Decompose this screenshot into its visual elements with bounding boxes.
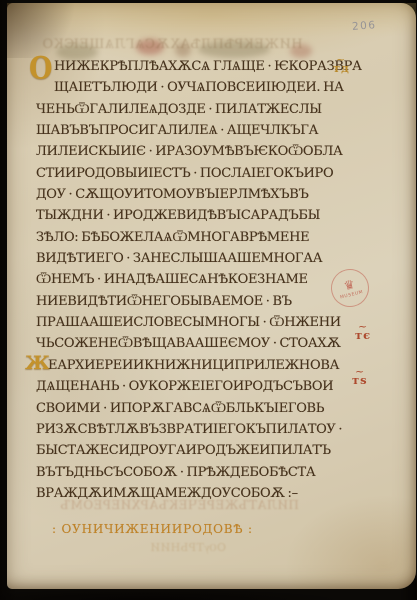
text-line: ЩАІЕТЪЛЮДИ · ОУЧѦПОВСЕИІЮДЕИ. НА <box>36 77 336 98</box>
titlo-mark: ~ <box>336 53 346 66</box>
margin-section-numeral: ~тд <box>333 61 350 75</box>
crown-icon: ♛ <box>342 277 355 291</box>
text-line: РИЗѪСВѢТЛѪВЪЗВРАТИІЕГОКЪПИЛАТОУ · <box>36 419 336 440</box>
text-line: ВРАЖДѪИМѪЩАМЕЖДОУСОБОѪ :– <box>36 483 336 504</box>
text-line: ДОУ · СѪЩОУИТОМОУВЪІЕРЛМѢХЪВЪ <box>36 184 336 205</box>
titlo-mark: ~ <box>358 320 368 333</box>
text-line: НИЖЕКРѢПЛѢАХѪСѦ ГЛѦЩЕ · ѤКОРАЗВРА <box>36 56 336 77</box>
margin-section-numeral: ~тѕ <box>352 373 368 387</box>
stamp-caption: MUSEUM <box>340 290 364 301</box>
text-line: ЧЬСОЖЕНЕѾВѢЩАВААШЕЄМОУ · СТОАХѪ <box>36 333 336 354</box>
text-line: СВОИМИ · ИПОРѪГАВСѦѾБЛЬКЪІЕГОВЬ <box>36 398 336 419</box>
text-line: ЗѢЛО: БѢБОЖЕЛАѦѾМНОГАВРѢМЕНЕ <box>36 227 336 248</box>
text-line: ТЫЖДНИ · ИРОДЖЕВИДѢВЪІСАРАДЪБЫ <box>36 205 336 226</box>
text-line: ЕАРХИЕРЕИИКНИЖНИЦИПРИЛЕЖНОВА <box>36 355 336 376</box>
text-line: ПРАШААШЕИСЛОВЕСЫМНОГЫ · ѾНЖЕНИ <box>36 312 336 333</box>
manuscript-photo: НИЖЕКРѢПЛѢАХѪСѦГЛѦЩЕѤКО ПИЛАТЪЖЕРЕЧЕКЪАР… <box>0 0 417 600</box>
text-line: ѾНЕМЪ · ИНАДѢАШЕСѦНѢКОЕЗНАМЕ <box>36 269 336 290</box>
text-line: ВЪТЪДНЬСЪСОБОѪ · ПРѢЖДЕБОБѢСТА <box>36 462 336 483</box>
text-block: НИЖЕКРѢПЛѢАХѪСѦ ГЛѦЩЕ · ѤКОРАЗВРА ЩАІЕТЪ… <box>36 56 336 504</box>
folio-number-pencil: 206 <box>352 19 377 33</box>
text-line: ЧЕНЬѾГАЛИЛЕѦДОЗДЕ · ПИЛАТЖЕСЛЫ <box>36 99 336 120</box>
text-line: БЫСТАЖЕСИДРОУГАИРОДЪЖЕИПИЛАТЪ <box>36 440 336 461</box>
text-line: ШАВЪВЪПРОСИГАЛИЛЕѦ · АЩЕЧЛКЪГА <box>36 120 336 141</box>
text-line: ДѦЩЕНАНЬ · ОУКОРЖЕІЕГОИРОДЪСЪВОИ <box>36 376 336 397</box>
text-line: СТИИРОДОВЫИІЕСТЪ · ПОСЛАІЕГОКЪИРО <box>36 163 336 184</box>
titlo-mark: ~ <box>355 365 365 378</box>
rubric-line: : ОУНИЧИЖЕНИИРОДОВѢ : <box>52 522 253 536</box>
text-line: ВИДѢТИЕГО · ЗАНЕСЛЫШААШЕМНОГАА <box>36 248 336 269</box>
margin-section-numeral: ~тє <box>355 328 371 342</box>
text-line: ЛИЛЕИСКЫИІЄ · ИРАЗОУМѢВЪѤКОѾОБЛА <box>36 141 336 162</box>
text-line: НИЕВИДѢТИѾНЕГОБЫВАЕМОЕ · ВЪ <box>36 291 336 312</box>
